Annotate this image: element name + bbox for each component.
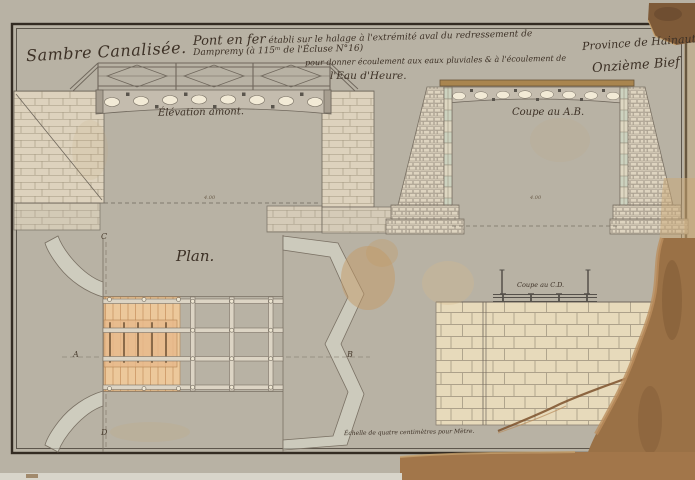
drawing-sheet: Sambre Canalisée. Pont en fer établi sur… xyxy=(0,0,695,480)
plan-drawing xyxy=(45,235,370,452)
elevation-label: Élévation amont. xyxy=(158,106,244,118)
section-ab-label: Coupe au A.B. xyxy=(512,107,584,118)
plan-marker-a: A xyxy=(73,350,79,359)
elevation-span-dim: 4.00 xyxy=(204,195,215,201)
main-title-line3: l'Eau d'Heure. xyxy=(330,70,407,82)
section-cd-label: Coupe au C.D. xyxy=(517,281,564,289)
section-ab-span-dim: 4.00 xyxy=(530,195,541,201)
plan-marker-c: C xyxy=(101,232,107,241)
plan-marker-d: D xyxy=(101,428,107,437)
section-ab-drawing xyxy=(386,80,688,234)
plan-label: Plan. xyxy=(176,247,214,265)
scan-bed xyxy=(0,473,402,480)
bottom-torn-strip xyxy=(400,452,695,480)
plan-marker-b: B xyxy=(347,350,353,359)
